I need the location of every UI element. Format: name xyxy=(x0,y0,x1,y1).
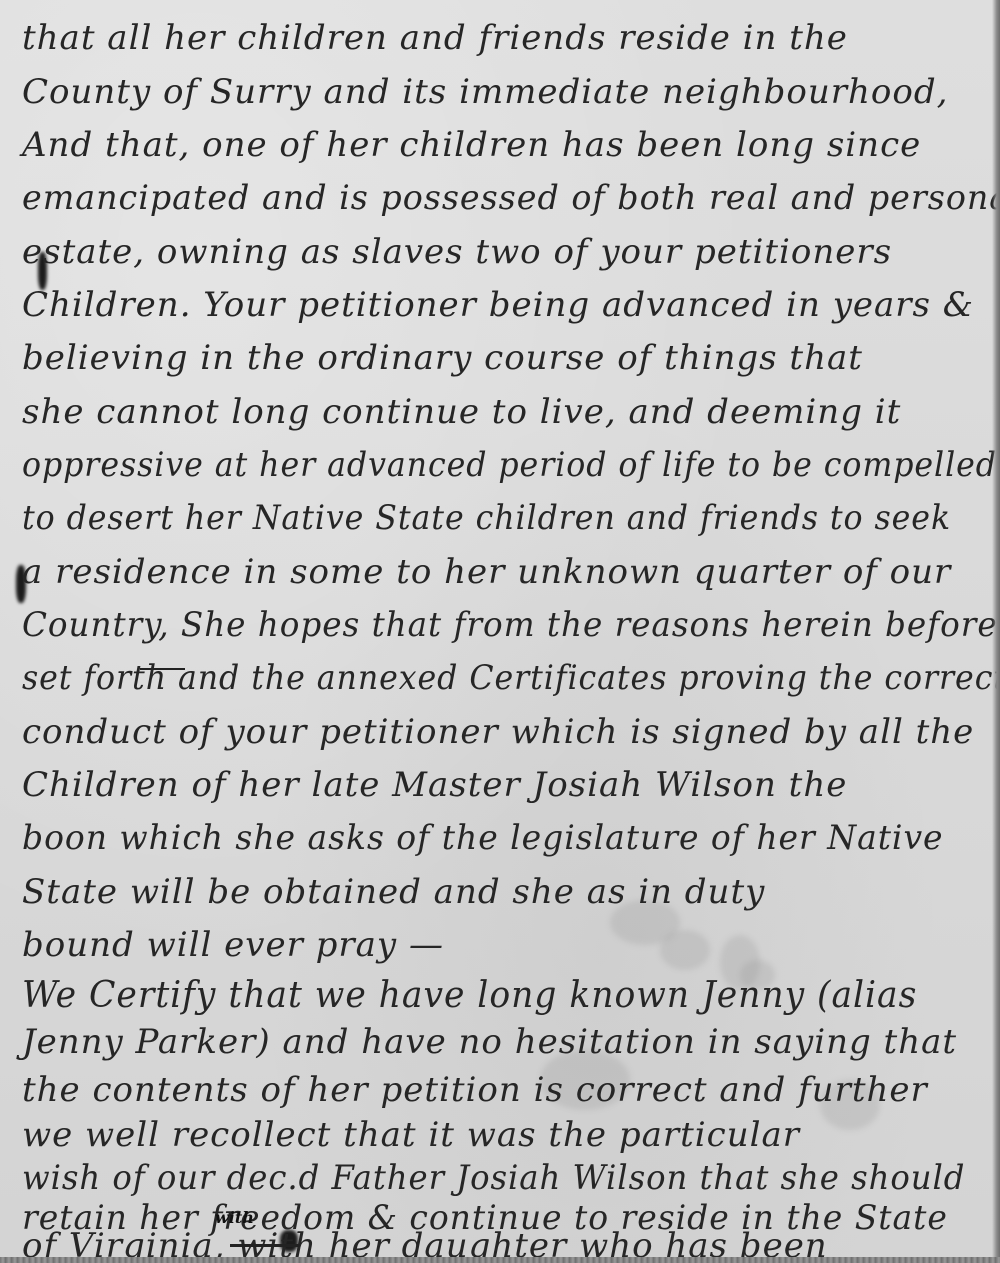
petition-line: And that, one of her children has been l… xyxy=(22,125,921,165)
manuscript-page: that all her children and friends reside… xyxy=(0,0,1000,1263)
petition-line: Children of her late Master Josiah Wilso… xyxy=(22,765,847,805)
petition-line: set forth and the annexed Certificates p… xyxy=(22,658,1000,698)
petition-line: estate, owning as slaves two of your pet… xyxy=(22,232,892,272)
certificate-line: we well recollect that it was the partic… xyxy=(22,1115,800,1155)
petition-line: a residence in some to her unknown quart… xyxy=(22,552,951,592)
certificate-line: Jenny Parker) and have no hesitation in … xyxy=(22,1022,957,1062)
petition-line: Children. Your petitioner being advanced… xyxy=(22,285,974,325)
interlinear-insert: with xyxy=(215,1208,254,1227)
strikethrough-mark xyxy=(230,1244,300,1247)
petition-line: she cannot long continue to live, and de… xyxy=(22,392,901,432)
petition-line: believing in the ordinary course of thin… xyxy=(22,338,863,378)
petition-line: County of Surry and its immediate neighb… xyxy=(22,72,948,112)
petition-line: State will be obtained and she as in dut… xyxy=(22,872,765,912)
petition-line: that all her children and friends reside… xyxy=(22,18,848,58)
certificate-line: the contents of her petition is correct … xyxy=(22,1070,928,1110)
petition-line: emancipated and is possessed of both rea… xyxy=(22,178,1000,218)
petition-line: boon which she asks of the legislature o… xyxy=(22,818,944,858)
page-edge xyxy=(0,1257,1000,1263)
petition-line: conduct of your petitioner which is sign… xyxy=(22,712,974,752)
petition-line: to desert her Native State children and … xyxy=(22,498,951,538)
certificate-line: We Certify that we have long known Jenny… xyxy=(22,975,917,1016)
certificate-line: wish of our dec.d Father Josiah Wilson t… xyxy=(22,1158,965,1198)
water-stain xyxy=(660,930,710,970)
petition-line: Country, She hopes that from the reasons… xyxy=(22,605,998,645)
petition-line: bound will ever pray — xyxy=(22,925,444,965)
page-edge xyxy=(992,0,1000,1263)
petition-line: oppressive at her advanced period of lif… xyxy=(22,445,997,485)
